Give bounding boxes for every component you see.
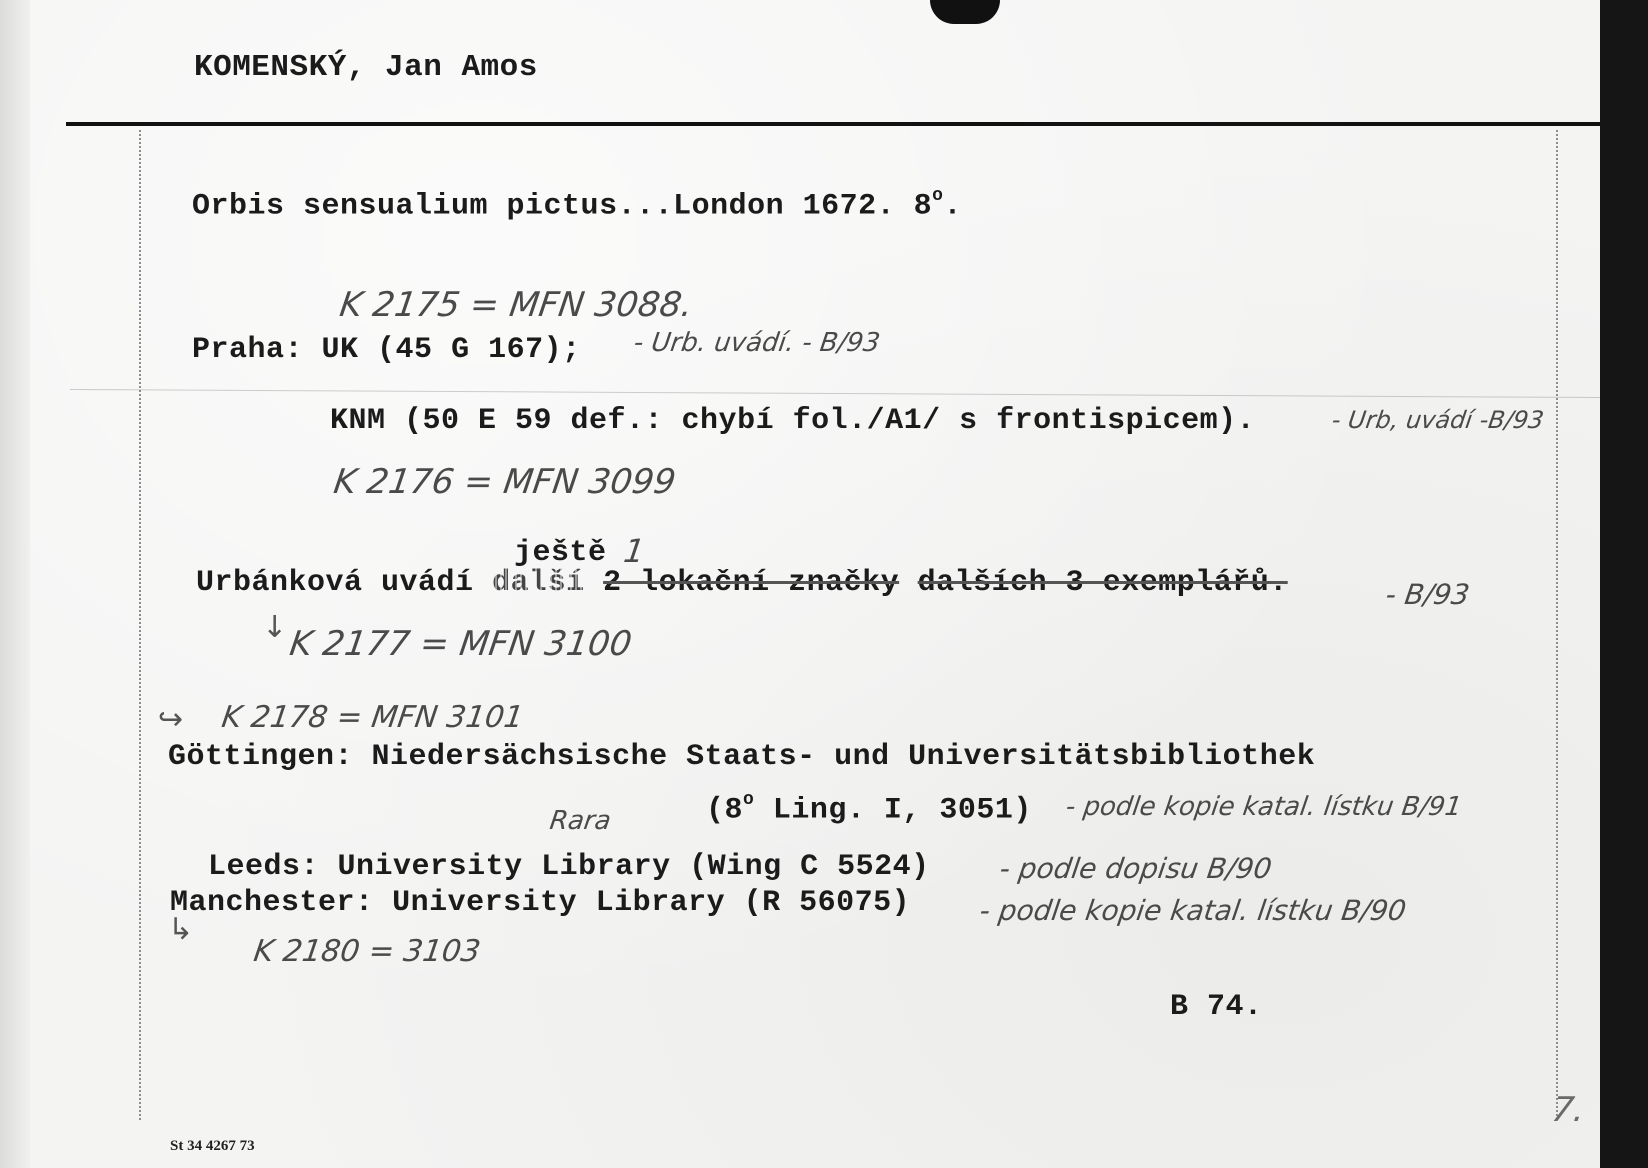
holding-praha-knm: KNM (50 E 59 def.: chybí fol./A1/ s fron… — [330, 404, 1255, 438]
struck-text: 2 lokační značky — [603, 566, 899, 600]
urbankova-prefix: Urbánková uvádí — [196, 566, 474, 600]
shelfmark-k2176: K 2176 = MFN 3099 — [331, 462, 678, 502]
corner-number: 7. — [1549, 1090, 1587, 1130]
crossed-out-word: další — [492, 566, 585, 600]
title-line: Orbis sensualium pictus...London 1672. 8… — [192, 186, 962, 224]
down-arrow-icon: ↓ — [262, 610, 287, 645]
heading-rule — [66, 122, 1600, 126]
rara-note: Rara — [548, 806, 613, 836]
gottingen-note: - podle kopie katal. lístku B/91 — [1064, 792, 1464, 822]
inserted-number: 1 — [621, 532, 647, 570]
shelfmark-k2177: K 2177 = MFN 3100 — [287, 624, 634, 664]
urbankova-ref: - B/93 — [1384, 578, 1472, 611]
scan-border — [1600, 0, 1648, 1168]
left-margin-line — [139, 130, 141, 1120]
manchester-note: - podle kopie katal. lístku B/90 — [978, 894, 1409, 927]
holding-note: - Urb, uvádí -B/93 — [1330, 406, 1546, 434]
gottingen-call-number: (8o Ling. I, 3051) — [706, 790, 1032, 828]
inserted-word: ještě — [514, 536, 607, 570]
faint-crease-line — [70, 389, 1600, 398]
right-margin-line — [1556, 130, 1558, 1120]
format-superscript: o — [932, 186, 943, 206]
holding-place: Manchester: — [170, 886, 374, 920]
title-end: . — [943, 190, 962, 224]
title-text: Orbis sensualium pictus...London 1672. 8 — [192, 190, 932, 224]
holding-entry: UK (45 G 167); — [322, 333, 581, 367]
holding-note: - Urb. uvádí. - B/93 — [632, 328, 882, 358]
holding-place: Leeds: — [208, 850, 319, 884]
holding-library: Niedersächsische Staats- und Universität… — [372, 740, 1316, 774]
struck-text-2: dalších 3 exemplářů. — [918, 566, 1288, 600]
catalog-card: KOMENSKÝ, Jan Amos Orbis sensualium pict… — [0, 0, 1600, 1168]
holding-place: Praha: — [192, 333, 303, 367]
holding-gottingen: Göttingen: Niedersächsische Staats- und … — [168, 740, 1315, 774]
shelfmark-k2178: K 2178 = MFN 3101 — [220, 700, 526, 735]
call-open: (8 — [706, 794, 743, 828]
curved-arrow-icon: ↪ — [158, 702, 183, 737]
holding-library: University Library (Wing C 5524) — [338, 850, 930, 884]
holding-leeds: Leeds: University Library (Wing C 5524) — [208, 850, 930, 884]
shelfmark-k2180: K 2180 = 3103 — [252, 934, 483, 969]
printer-code: St 34 4267 73 — [170, 1138, 255, 1155]
card-punch-notch — [930, 0, 1000, 24]
call-superscript: o — [743, 790, 754, 810]
leeds-note: - podle dopisu B/90 — [998, 852, 1274, 885]
bibliographic-reference: B 74. — [1170, 990, 1263, 1024]
card-left-shadow — [0, 0, 30, 1168]
shelfmark-k2175: K 2175 = MFN 3088. — [337, 285, 695, 325]
holding-praha-uk: Praha: UK (45 G 167); — [192, 333, 581, 367]
call-rest: Ling. I, 3051) — [754, 794, 1032, 828]
holding-manchester: Manchester: University Library (R 56075) — [170, 886, 910, 920]
author-heading: KOMENSKÝ, Jan Amos — [194, 50, 538, 85]
hook-arrow-icon: ↳ — [168, 912, 193, 947]
holding-place: Göttingen: — [168, 740, 353, 774]
urbankova-note: Urbánková uvádí další 2 lokační značky d… — [196, 566, 1288, 600]
holding-library: University Library (R 56075) — [392, 886, 910, 920]
